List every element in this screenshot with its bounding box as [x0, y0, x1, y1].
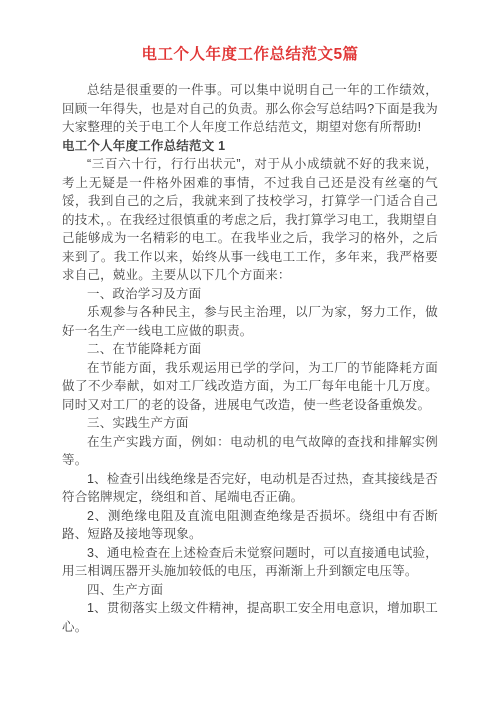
paragraph: 四、生产方面 [62, 581, 438, 600]
document-body: 总结是很重要的一件事。可以集中说明自己一年的工作绩效，回顾一年得失，也是对自己的… [62, 81, 438, 636]
paragraph: 乐观参与各种民主，参与民主治理，以厂为家，努力工作，做好一名生产一线电工应做的职… [62, 303, 438, 340]
paragraph: 在生产实践方面，例如：电动机的电气故障的查找和排解实例等。 [62, 433, 438, 470]
page-title: 电工个人年度工作总结范文5篇 [62, 44, 438, 66]
paragraph: 3、通电检查在上述检查后未觉察问题时，可以直接通电试验，用三相调压器开头施加较低… [62, 544, 438, 581]
paragraph: 三、实践生产方面 [62, 414, 438, 433]
paragraph: “三百六十行，行行出状元”，对于从小成绩就不好的我来说，考上无疑是一件格外困难的… [62, 155, 438, 285]
paragraph: 2、测绝缘电阻及直流电阻测查绝缘是否损坏。绕组中有否断路、短路及接地等现象。 [62, 507, 438, 544]
paragraph: 在节能方面，我乐观运用已学的学问，为工厂的节能降耗方面做了不少奉献，如对工厂线改… [62, 359, 438, 415]
paragraph: 1、检查引出线绝缘是否完好，电动机是否过热，查其接线是否符合铭牌规定，绕组和首、… [62, 470, 438, 507]
paragraph: 1、贯彻落实上级文件精神，提高职工安全用电意识，增加职工心。 [62, 599, 438, 636]
paragraph: 一、政治学习及方面 [62, 285, 438, 304]
paragraph: 二、在节能降耗方面 [62, 340, 438, 359]
section-heading: 电工个人年度工作总结范文 1 [62, 137, 438, 156]
document-page: 电工个人年度工作总结范文5篇 总结是很重要的一件事。可以集中说明自己一年的工作绩… [0, 0, 500, 707]
paragraph: 总结是很重要的一件事。可以集中说明自己一年的工作绩效，回顾一年得失，也是对自己的… [62, 81, 438, 137]
